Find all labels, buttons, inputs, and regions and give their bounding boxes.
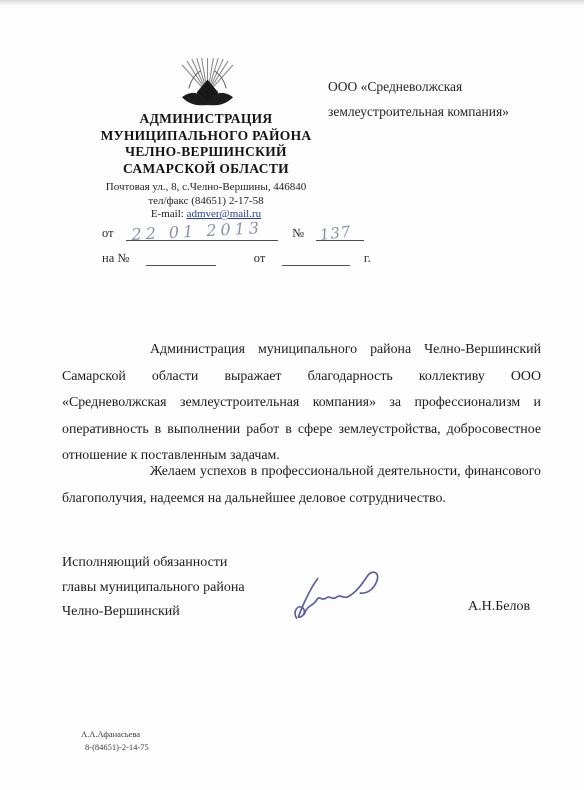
- letterhead-org-name: АДМИНИСТРАЦИЯ МУНИЦИПАЛЬНОГО РАЙОНА ЧЕЛН…: [56, 111, 356, 177]
- date-label: от: [102, 226, 114, 240]
- executor-phone: 8-(84651)-2-14-75: [81, 741, 149, 754]
- signatory-position: Исполняющий обязанности главы муниципаль…: [62, 551, 245, 625]
- reply-date-blank: [282, 251, 350, 266]
- recipient-block: ООО «Средневолжская землеустроительная к…: [328, 74, 568, 124]
- executor-block: А.А.Афанасьева 8-(84651)-2-14-75: [81, 728, 149, 754]
- org-name-line: МУНИЦИПАЛЬНОГО РАЙОНА: [56, 128, 356, 145]
- handwritten-signature-icon: [290, 566, 388, 622]
- body-line: Желаем успехов в профессиональной деятел…: [62, 459, 541, 486]
- recipient-line: землеустроительная компания»: [328, 99, 568, 124]
- email-label: E-mail:: [151, 208, 184, 220]
- date-blank-field: 22 01 2013: [126, 226, 278, 241]
- number-label: №: [292, 226, 304, 240]
- body-line: Самарской области выражает благодарность…: [62, 364, 541, 391]
- signatory-name: А.Н.Белов: [468, 599, 530, 615]
- year-suffix: г.: [364, 251, 371, 265]
- position-line: Исполняющий обязанности: [62, 551, 245, 576]
- body-paragraph-2: Желаем успехов в профессиональной деятел…: [62, 459, 541, 512]
- handwritten-number: 137: [319, 222, 353, 244]
- body-line: благополучия, надеемся на дальнейшее дел…: [62, 486, 541, 513]
- scan-artifact-top-edge: [0, 0, 584, 6]
- reply-reference-line: на № от г.: [102, 251, 371, 266]
- body-paragraph-1: Администрация муниципального района Челн…: [62, 337, 541, 470]
- postal-address: Почтовая ул., 8, с.Челно-Вершины, 446840: [56, 181, 356, 195]
- position-line: Челно-Вершинский: [62, 600, 245, 625]
- scanned-letter-page: АДМИНИСТРАЦИЯ МУНИЦИПАЛЬНОГО РАЙОНА ЧЕЛН…: [0, 0, 584, 790]
- body-line: оперативность в выполнении работ в сфере…: [62, 417, 541, 444]
- executor-name: А.А.Афанасьева: [81, 728, 149, 741]
- org-name-line: АДМИНИСТРАЦИЯ: [56, 111, 356, 128]
- phone-fax: тел/факс (84651) 2-17-58: [56, 195, 356, 209]
- position-line: главы муниципального района: [62, 576, 245, 601]
- body-line: Администрация муниципального района Челн…: [62, 337, 541, 364]
- coat-of-arms-icon: [180, 58, 235, 111]
- reply-number-blank: [146, 251, 216, 266]
- recipient-line: ООО «Средневолжская: [328, 74, 568, 99]
- outgoing-reference-line: от 22 01 2013 № 137: [102, 226, 364, 241]
- reply-number-label: на №: [102, 251, 129, 265]
- handwritten-date: 22 01 2013: [131, 218, 263, 244]
- email-line: E-mail: admver@mail.ru: [56, 208, 356, 222]
- org-name-line: САМАРСКОЙ ОБЛАСТИ: [56, 161, 356, 178]
- reply-date-label: от: [254, 251, 266, 265]
- org-name-line: ЧЕЛНО-ВЕРШИНСКИЙ: [56, 144, 356, 161]
- body-line: «Средневолжская землеустроительная компа…: [62, 390, 541, 417]
- letterhead-contacts: Почтовая ул., 8, с.Челно-Вершины, 446840…: [56, 181, 356, 222]
- number-blank-field: 137: [316, 226, 364, 241]
